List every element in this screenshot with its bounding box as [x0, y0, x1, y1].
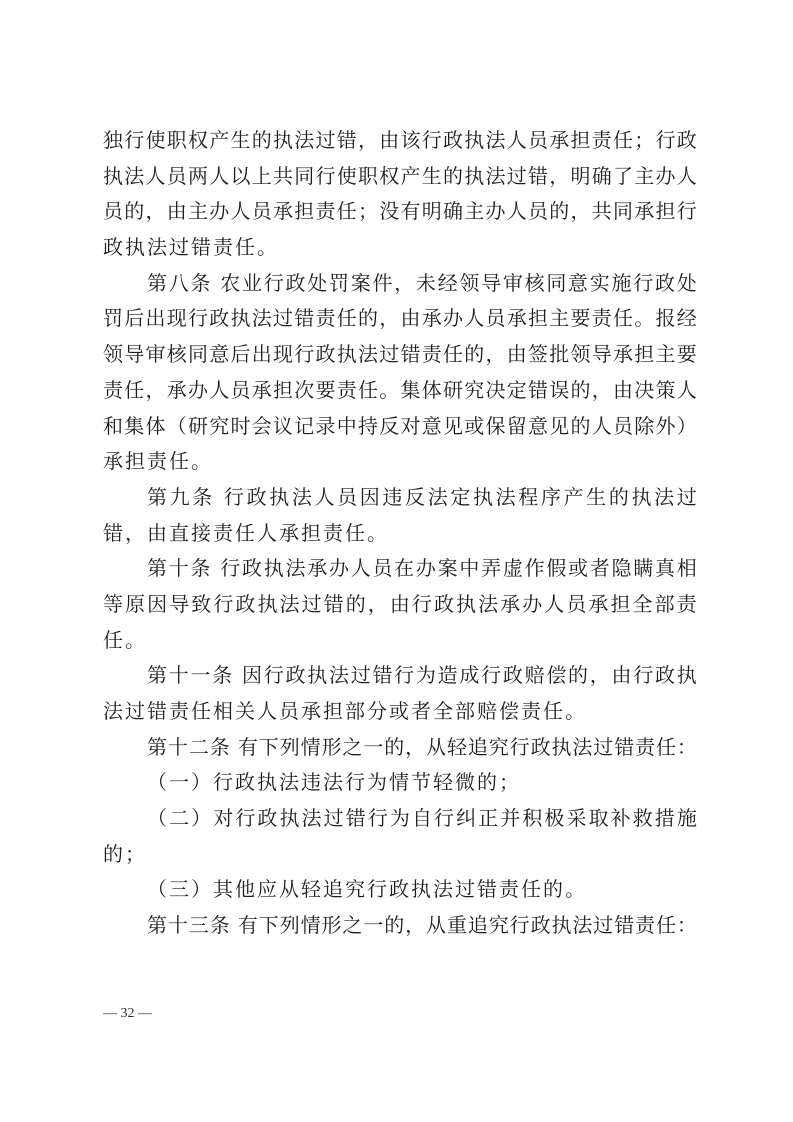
text-line: 员的，由主办人员承担责任；没有明确主办人员的，共同承担行 [103, 198, 697, 234]
text-line: 错，由直接责任人承担责任。 [103, 520, 697, 556]
text-line: 承担责任。 [103, 448, 697, 484]
text-line: 任。 [103, 627, 697, 663]
page-number: — 32 — [103, 1006, 152, 1022]
text-line: 等原因导致行政执法过错的，由行政执法承办人员承担全部责 [103, 591, 697, 627]
text-line: 第十一条 因行政执法过错行为造成行政赔偿的，由行政执 [103, 662, 697, 698]
text-line: 责任，承办人员承担次要责任。集体研究决定错误的，由决策人 [103, 377, 697, 413]
text-line: （一）行政执法违法行为情节轻微的； [103, 769, 697, 805]
text-line: （二）对行政执法过错行为自行纠正并积极采取补救措施 [103, 805, 697, 841]
text-line: 领导审核同意后出现行政执法过错责任的，由签批领导承担主要 [103, 341, 697, 377]
text-line: （三）其他应从轻追究行政执法过错责任的。 [103, 876, 697, 912]
text-line: 第十条 行政执法承办人员在办案中弄虚作假或者隐瞒真相 [103, 555, 697, 591]
text-line: 独行使职权产生的执法过错，由该行政执法人员承担责任；行政 [103, 127, 697, 163]
document-page: 独行使职权产生的执法过错，由该行政执法人员承担责任；行政执法人员两人以上共同行使… [0, 0, 793, 1122]
text-line: 和集体（研究时会议记录中持反对意见或保留意见的人员除外） [103, 413, 697, 449]
text-line: 政执法过错责任。 [103, 234, 697, 270]
text-line: 第十三条 有下列情形之一的，从重追究行政执法过错责任： [103, 912, 697, 948]
text-line: 第九条 行政执法人员因违反法定执法程序产生的执法过 [103, 484, 697, 520]
text-line: 执法人员两人以上共同行使职权产生的执法过错，明确了主办人 [103, 163, 697, 199]
text-line: 第八条 农业行政处罚案件，未经领导审核同意实施行政处 [103, 270, 697, 306]
text-line: 法过错责任相关人员承担部分或者全部赔偿责任。 [103, 698, 697, 734]
document-body: 独行使职权产生的执法过错，由该行政执法人员承担责任；行政执法人员两人以上共同行使… [103, 127, 697, 948]
text-line: 的； [103, 841, 697, 877]
text-line: 罚后出现行政执法过错责任的，由承办人员承担主要责任。报经 [103, 305, 697, 341]
text-line: 第十二条 有下列情形之一的，从轻追究行政执法过错责任： [103, 734, 697, 770]
